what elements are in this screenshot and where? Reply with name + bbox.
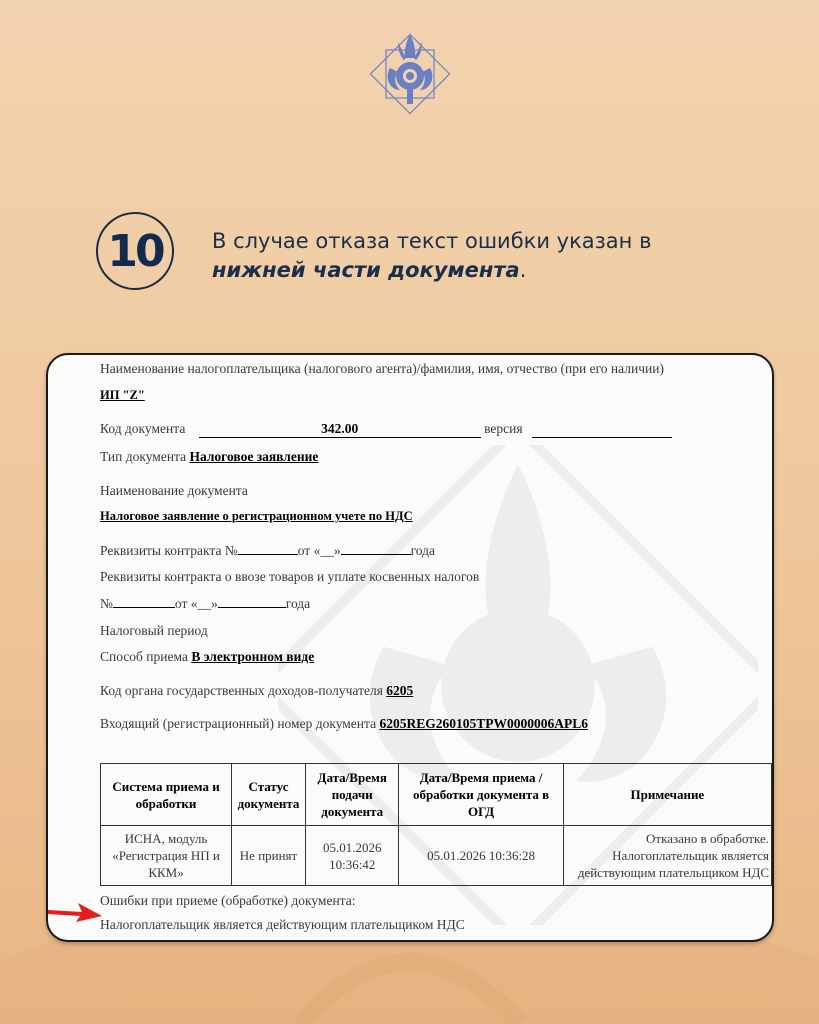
step-instruction: В случае отказа текст ошибки указан в ни… [212, 227, 712, 285]
step-number: 10 [107, 226, 162, 277]
doc-type-value: Налоговое заявление [189, 449, 318, 464]
taxpayer-label: Наименование налогоплательщика (налогово… [100, 361, 664, 377]
authority-code-label: Код органа государственных доходов-получ… [100, 683, 383, 698]
incoming-number-value: 6205REG260105TPW0000006APL6 [379, 716, 588, 731]
receive-method-row: Способ приема В электронном виде [100, 649, 314, 665]
instruction-text: В случае отказа текст ошибки указан в [212, 229, 651, 253]
taxpayer-value: ИП "Z" [100, 388, 145, 403]
header-system: Система приема и обработки [101, 764, 232, 826]
contract-from: от «__» [298, 543, 341, 558]
cell-note: Отказано в обработке. Налогоплательщик я… [563, 826, 771, 886]
import-year: года [286, 596, 310, 611]
table-header-row: Система приема и обработки Статус докуме… [101, 764, 772, 826]
header-process-time: Дата/Время приема /обработки документа в… [399, 764, 563, 826]
cell-status: Не принят [232, 826, 306, 886]
receive-method-label: Способ приема [100, 649, 188, 664]
errors-text: Налогоплательщик является действующим пл… [100, 917, 465, 933]
header-submit-time: Дата/Время подачи документа [305, 764, 399, 826]
contract-year: года [411, 543, 435, 558]
incoming-number-row: Входящий (регистрационный) номер докумен… [100, 716, 588, 732]
import-contract-row: №от «__»года [100, 596, 310, 612]
instruction-emphasis: нижней части документа [212, 258, 520, 282]
receive-method-value: В электронном виде [191, 649, 314, 664]
cell-submit-time: 05.01.2026 10:36:42 [305, 826, 399, 886]
cell-process-time: 05.01.2026 10:36:28 [399, 826, 563, 886]
contract-row: Реквизиты контракта №от «__»года [100, 543, 435, 559]
document-screenshot: Наименование налогоплательщика (налогово… [46, 353, 774, 942]
incoming-number-label: Входящий (регистрационный) номер докумен… [100, 716, 376, 731]
contract-number-field [238, 543, 298, 555]
doc-name-label: Наименование документа [100, 483, 248, 499]
doc-type-row: Тип документа Налоговое заявление [100, 449, 318, 465]
contract-label: Реквизиты контракта № [100, 543, 238, 558]
cell-system: ИСНА, модуль «Регистрация НП и ККМ» [101, 826, 232, 886]
contract-date-field [341, 543, 411, 555]
processing-status-table: Система приема и обработки Статус докуме… [100, 763, 772, 886]
import-number-field [113, 596, 175, 608]
header-status: Статус документа [232, 764, 306, 826]
step-number-badge: 10 [96, 212, 174, 290]
version-label: версия [484, 421, 522, 436]
doc-code-value: 342.00 [199, 421, 481, 438]
authority-code-value: 6205 [386, 683, 413, 698]
errors-label: Ошибки при приеме (обработке) документа: [100, 893, 355, 909]
table-row: ИСНА, модуль «Регистрация НП и ККМ» Не п… [101, 826, 772, 886]
instruction-end: . [520, 258, 527, 282]
tax-period-label: Налоговый период [100, 623, 208, 639]
import-from: от «__» [175, 596, 218, 611]
doc-name-value: Налоговое заявление о регистрационном уч… [100, 509, 413, 524]
doc-code-label: Код документа [100, 421, 185, 436]
emblem-logo-icon [362, 28, 458, 120]
import-contract-label: Реквизиты контракта о ввозе товаров и уп… [100, 569, 479, 585]
doc-type-label: Тип документа [100, 449, 186, 464]
doc-code-row: Код документа 342.00 версия [100, 421, 672, 438]
red-arrow-icon [48, 901, 104, 923]
header-note: Примечание [563, 764, 771, 826]
import-no: № [100, 596, 113, 611]
version-value [532, 424, 672, 438]
import-date-field [218, 596, 286, 608]
authority-code-row: Код органа государственных доходов-получ… [100, 683, 413, 699]
